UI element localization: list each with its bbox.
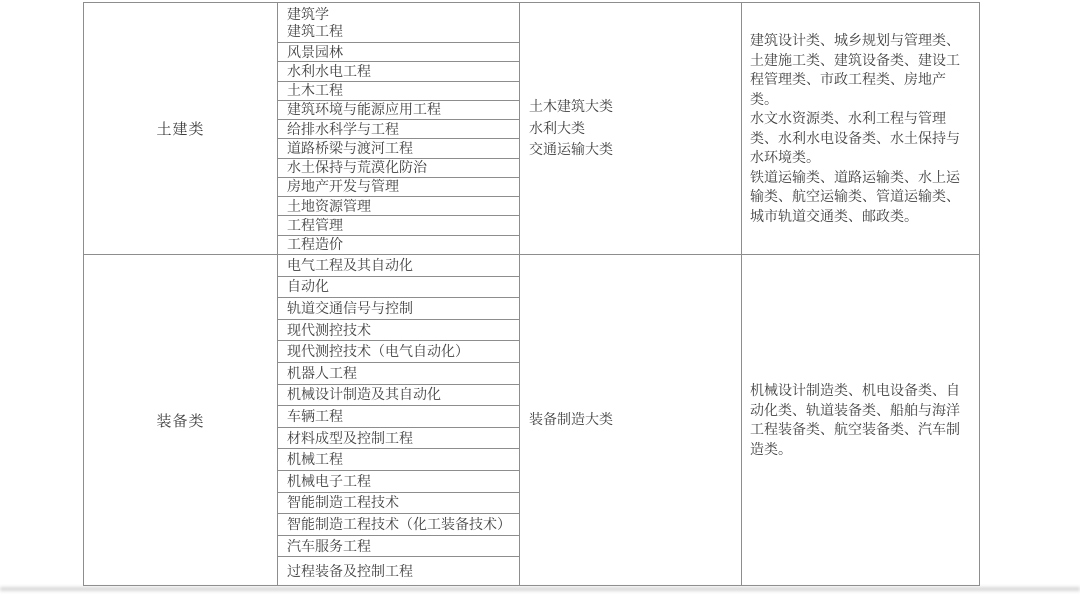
major-cell: 工程造价 (278, 236, 519, 254)
big-category-cell: 装备制造大类 (520, 255, 742, 585)
major-cell: 土木工程 (278, 82, 519, 101)
big-category-label: 交通运输大类 (529, 139, 741, 161)
major-cell: 现代测控技术 (278, 320, 519, 342)
big-category-label: 水利大类 (529, 118, 741, 140)
major-cell: 给排水科学与工程 (278, 120, 519, 139)
major-cell: 建筑学 建筑工程 (278, 3, 519, 43)
related-categories-cell: 建筑设计类、城乡规划与管理类、土建施工类、建筑设备类、建设工程管理类、市政工程类… (742, 3, 979, 254)
major-cell: 建筑环境与能源应用工程 (278, 101, 519, 120)
scan-artifact-line (0, 587, 1080, 591)
major-cell: 水土保持与荒漠化防治 (278, 159, 519, 178)
major-cell: 土地资源管理 (278, 197, 519, 216)
major-cell: 机械设计制造及其自动化 (278, 385, 519, 407)
major-cell: 汽车服务工程 (278, 536, 519, 558)
majors-column: 建筑学 建筑工程 风景园林 水利水电工程 土木工程 建筑环境与能源应用工程 给排… (278, 3, 520, 254)
big-category-label: 土木建筑大类 (529, 96, 741, 118)
related-categories-cell: 机械设计制造类、机电设备类、自动化类、轨道装备类、船舶与海洋工程装备类、航空装备… (742, 255, 979, 585)
major-cell: 水利水电工程 (278, 62, 519, 81)
major-cell: 智能制造工程技术（化工装备技术） (278, 514, 519, 536)
category-cell: 土建类 (84, 3, 278, 254)
majors-column: 电气工程及其自动化 自动化 轨道交通信号与控制 现代测控技术 现代测控技术（电气… (278, 255, 520, 585)
major-cell: 智能制造工程技术 (278, 493, 519, 515)
related-categories-paragraph: 机械设计制造类、机电设备类、自动化类、轨道装备类、船舶与海洋工程装备类、航空装备… (750, 381, 973, 459)
section-civil-construction: 土建类 建筑学 建筑工程 风景园林 水利水电工程 土木工程 建筑环境与能源应用工… (84, 3, 979, 255)
category-label: 土建类 (156, 118, 204, 139)
related-categories-paragraph: 建筑设计类、城乡规划与管理类、土建施工类、建筑设备类、建设工程管理类、市政工程类… (750, 31, 973, 109)
related-categories-paragraph: 水文水资源类、水利工程与管理类、水利水电设备类、水土保持与水环境类。 (750, 109, 973, 168)
section-equipment: 装备类 电气工程及其自动化 自动化 轨道交通信号与控制 现代测控技术 现代测控技… (84, 255, 979, 585)
major-cell: 道路桥梁与渡河工程 (278, 139, 519, 158)
major-cell: 轨道交通信号与控制 (278, 298, 519, 320)
major-cell: 风景园林 (278, 43, 519, 62)
major-cell: 机械工程 (278, 449, 519, 471)
major-cell: 过程装备及控制工程 (278, 557, 519, 585)
category-label: 装备类 (156, 410, 204, 431)
major-cell: 机械电子工程 (278, 471, 519, 493)
majors-mapping-table: 土建类 建筑学 建筑工程 风景园林 水利水电工程 土木工程 建筑环境与能源应用工… (83, 2, 980, 586)
big-category-label: 装备制造大类 (529, 409, 741, 431)
big-category-cell: 土木建筑大类 水利大类 交通运输大类 (520, 3, 742, 254)
major-cell: 电气工程及其自动化 (278, 255, 519, 277)
major-cell: 车辆工程 (278, 406, 519, 428)
major-cell: 材料成型及控制工程 (278, 428, 519, 450)
major-cell: 房地产开发与管理 (278, 178, 519, 197)
major-cell: 机器人工程 (278, 363, 519, 385)
related-categories-paragraph: 铁道运输类、道路运输类、水上运输类、航空运输类、管道运输类、城市轨道交通类、邮政… (750, 168, 973, 227)
category-cell: 装备类 (84, 255, 278, 585)
major-cell: 工程管理 (278, 216, 519, 235)
major-cell: 现代测控技术（电气自动化） (278, 341, 519, 363)
document-page: 土建类 建筑学 建筑工程 风景园林 水利水电工程 土木工程 建筑环境与能源应用工… (0, 0, 1080, 595)
major-cell: 自动化 (278, 277, 519, 299)
